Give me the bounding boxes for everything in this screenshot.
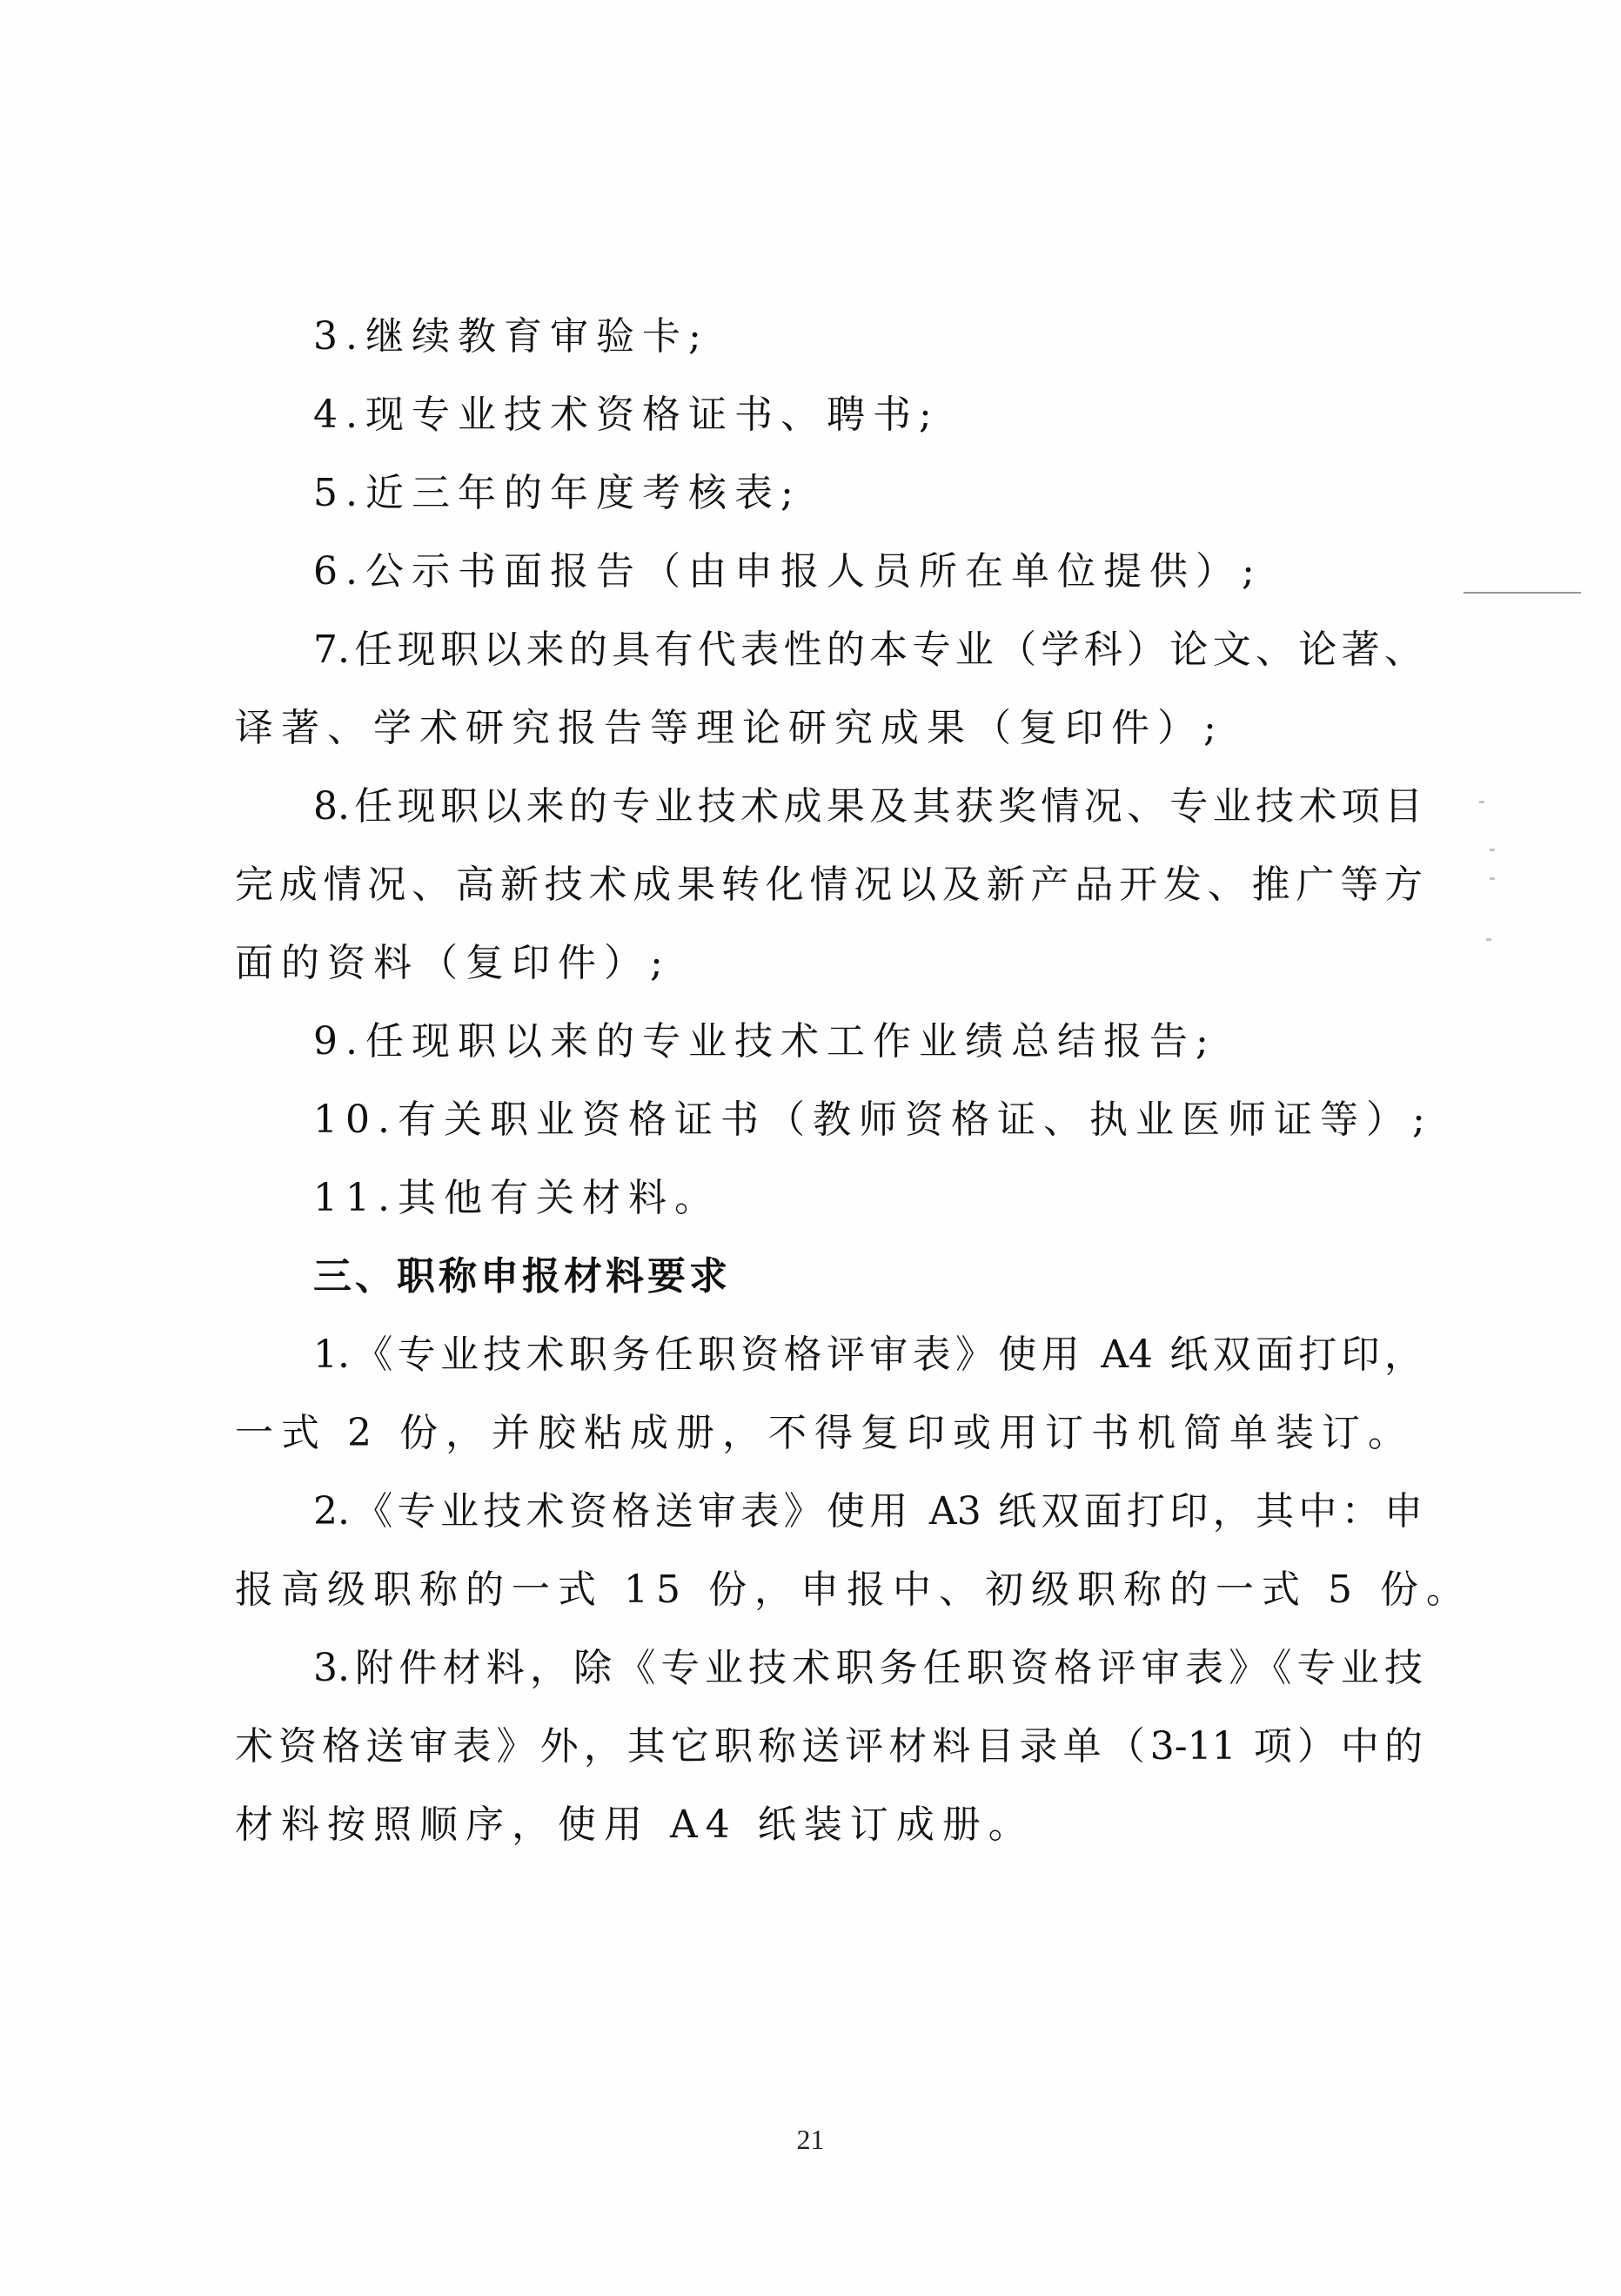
scan-artifact-dot: [1479, 801, 1484, 803]
list-item-8-line-2: 完成情况、高新技术成果转化情况以及新产品开发、推广等方: [235, 846, 1423, 924]
list-item-5: 5.近三年的年度考核表;: [235, 454, 1423, 533]
list-item-4: 4.现专业技术资格证书、聘书;: [235, 376, 1423, 454]
scan-artifact-line: [1464, 592, 1581, 594]
list-item-10: 10.有关职业资格证书（教师资格证、执业医师证等）;: [235, 1081, 1423, 1159]
requirement-3: 3.附件材料，除《专业技术职务任职资格评审表》《专业技 术资格送审表》外，其它职…: [235, 1629, 1423, 1864]
scan-artifact-dot: [1486, 938, 1491, 941]
list-item-3: 3.继续教育审验卡;: [235, 298, 1423, 376]
document-page: 3.继续教育审验卡; 4.现专业技术资格证书、聘书; 5.近三年的年度考核表; …: [0, 0, 1621, 2296]
requirement-1: 1.《专业技术职务任职资格评审表》使用 A4 纸双面打印， 一式 2 份，并胶粘…: [235, 1316, 1423, 1473]
requirement-1-line-1: 1.《专业技术职务任职资格评审表》使用 A4 纸双面打印，: [235, 1316, 1423, 1394]
requirement-3-line-1: 3.附件材料，除《专业技术职务任职资格评审表》《专业技: [235, 1629, 1423, 1708]
list-item-7: 7.任现职以来的具有代表性的本专业（学科）论文、论著、 译著、学术研究报告等理论…: [235, 611, 1423, 768]
list-item-6: 6.公示书面报告（由申报人员所在单位提供）;: [235, 533, 1423, 611]
section-heading: 三、职称申报材料要求: [235, 1238, 1423, 1316]
document-body: 3.继续教育审验卡; 4.现专业技术资格证书、聘书; 5.近三年的年度考核表; …: [235, 298, 1423, 1864]
requirement-3-line-2: 术资格送审表》外，其它职称送评材料目录单（3-11 项）中的: [235, 1708, 1423, 1786]
list-item-7-line-1: 7.任现职以来的具有代表性的本专业（学科）论文、论著、: [235, 611, 1423, 689]
requirement-2: 2.《专业技术资格送审表》使用 A3 纸双面打印，其中：申 报高级职称的一式 1…: [235, 1473, 1423, 1629]
requirement-1-line-2: 一式 2 份，并胶粘成册，不得复印或用订书机简单装订。: [235, 1394, 1423, 1473]
list-item-8-line-3: 面的资料（复印件）;: [235, 924, 1423, 1003]
list-item-8: 8.任现职以来的专业技术成果及其获奖情况、专业技术项目 完成情况、高新技术成果转…: [235, 768, 1423, 1003]
list-item-7-line-2: 译著、学术研究报告等理论研究成果（复印件）;: [235, 689, 1423, 768]
page-number: 21: [0, 2124, 1621, 2156]
list-item-11: 11.其他有关材料。: [235, 1159, 1423, 1238]
list-item-9: 9.任现职以来的专业技术工作业绩总结报告;: [235, 1003, 1423, 1081]
list-item-8-line-1: 8.任现职以来的专业技术成果及其获奖情况、专业技术项目: [235, 768, 1423, 846]
requirement-2-line-1: 2.《专业技术资格送审表》使用 A3 纸双面打印，其中：申: [235, 1473, 1423, 1551]
requirement-2-line-2: 报高级职称的一式 15 份，申报中、初级职称的一式 5 份。: [235, 1551, 1423, 1629]
scan-artifact-dot: [1490, 849, 1495, 851]
scan-artifact-dot: [1490, 877, 1495, 880]
requirement-3-line-3: 材料按照顺序，使用 A4 纸装订成册。: [235, 1786, 1423, 1864]
